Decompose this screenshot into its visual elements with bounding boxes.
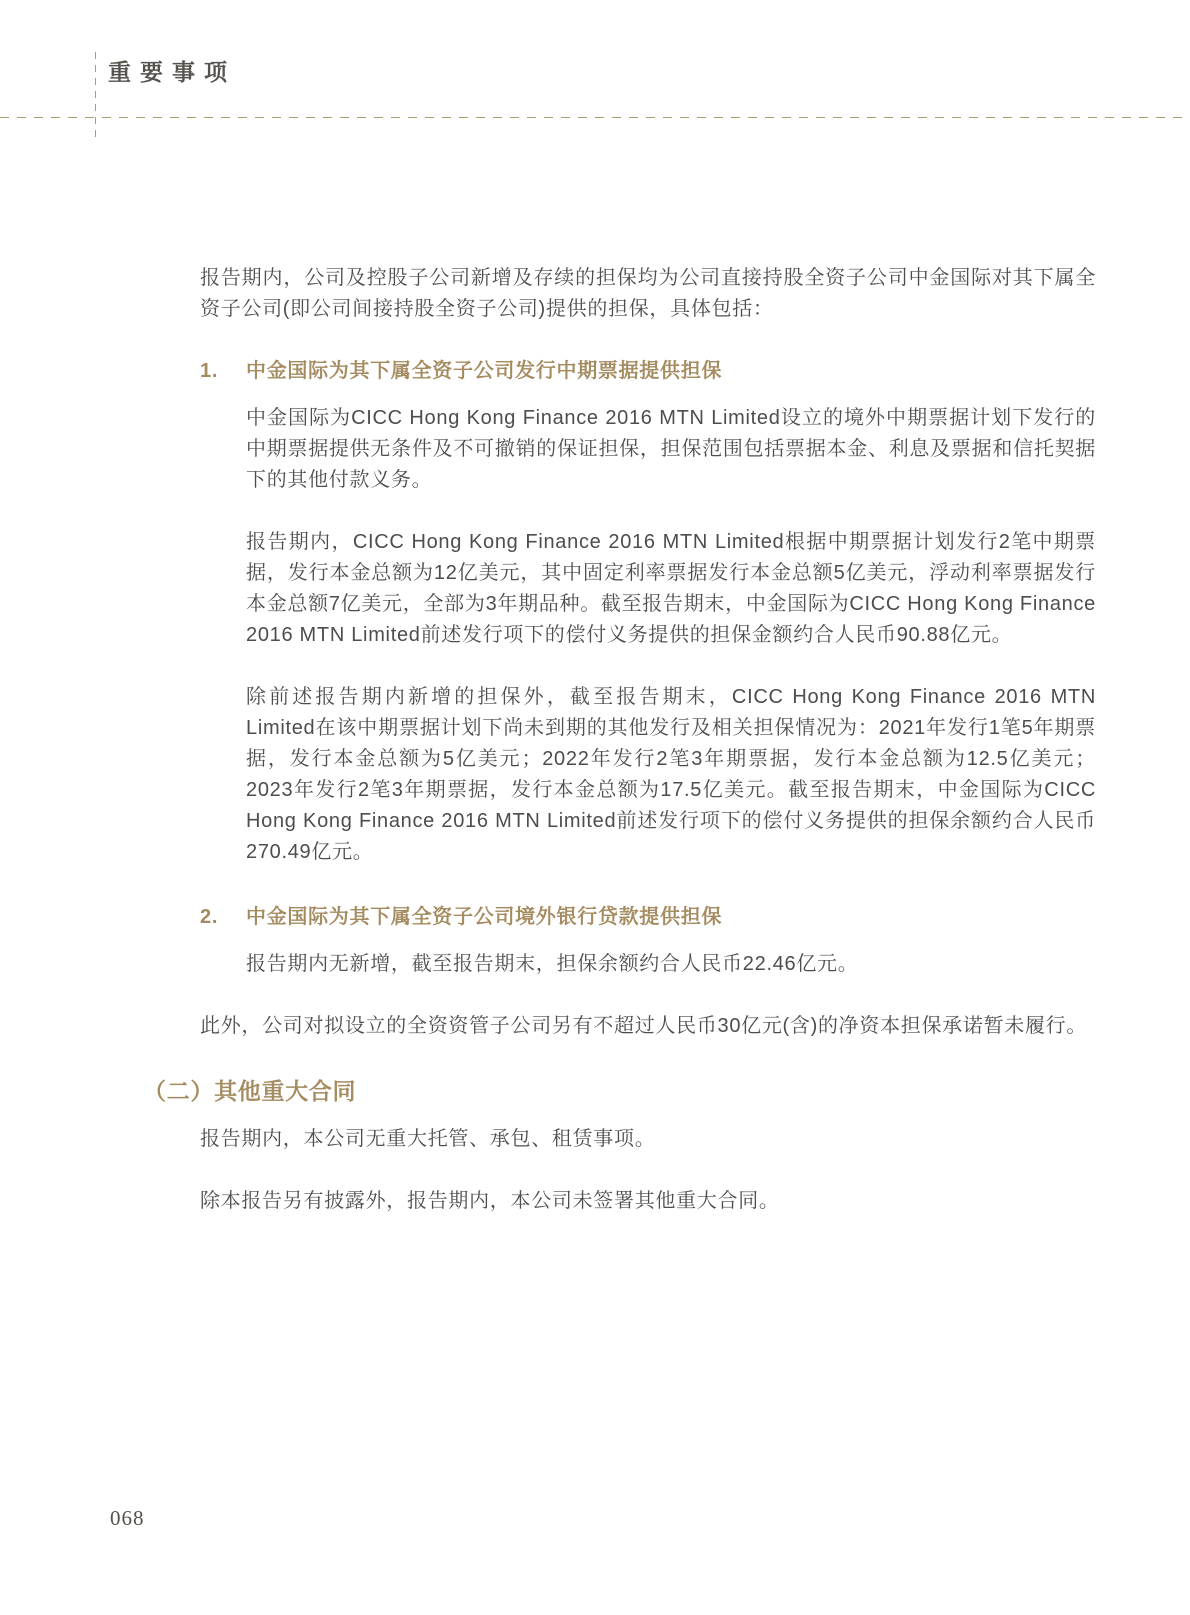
- section-1-number: 1.: [200, 356, 246, 386]
- section-2-paragraph: 报告期内无新增，截至报告期末，担保余额约合人民币22.46亿元。: [246, 949, 1096, 980]
- intro-paragraph: 报告期内，公司及控股子公司新增及存续的担保均为公司直接持股全资子公司中金国际对其…: [200, 263, 1096, 325]
- section-2-title: 中金国际为其下属全资子公司境外银行贷款提供担保: [246, 902, 1096, 932]
- header-vertical-dashed-rule: [95, 52, 96, 138]
- page-header-title: 重要事项: [108, 54, 236, 87]
- main-text-column: 报告期内，公司及控股子公司新增及存续的担保均为公司直接持股全资子公司中金国际对其…: [200, 263, 1096, 1217]
- section-1-heading: 1. 中金国际为其下属全资子公司发行中期票据提供担保: [200, 356, 1096, 386]
- section-1-paragraph: 除前述报告期内新增的担保外，截至报告期末，CICC Hong Kong Fina…: [246, 682, 1096, 868]
- other-contracts-heading-title: 其他重大合同: [214, 1075, 356, 1107]
- section-2-body: 报告期内无新增，截至报告期末，担保余额约合人民币22.46亿元。: [246, 949, 1096, 980]
- other-contracts-heading-label: （二）: [143, 1075, 214, 1107]
- report-page: 重要事项 报告期内，公司及控股子公司新增及存续的担保均为公司直接持股全资子公司中…: [0, 0, 1190, 1615]
- other-contracts-paragraph: 报告期内，本公司无重大托管、承包、租赁事项。: [200, 1124, 1096, 1155]
- section-1-paragraph: 报告期内，CICC Hong Kong Finance 2016 MTN Lim…: [246, 527, 1096, 651]
- other-contracts-paragraph: 除本报告另有披露外，报告期内，本公司未签署其他重大合同。: [200, 1186, 1096, 1217]
- section-2-number: 2.: [200, 902, 246, 932]
- section-1-title: 中金国际为其下属全资子公司发行中期票据提供担保: [246, 356, 1096, 386]
- header-horizontal-dashed-rule: [0, 117, 1190, 118]
- section-2-heading: 2. 中金国际为其下属全资子公司境外银行贷款提供担保: [200, 902, 1096, 932]
- closing-paragraph: 此外，公司对拟设立的全资资管子公司另有不超过人民币30亿元(含)的净资本担保承诺…: [200, 1011, 1096, 1042]
- section-1-paragraph: 中金国际为CICC Hong Kong Finance 2016 MTN Lim…: [246, 403, 1096, 496]
- page-number: 068: [110, 1506, 145, 1531]
- other-contracts-heading: （二） 其他重大合同: [143, 1075, 1096, 1107]
- section-1-body: 中金国际为CICC Hong Kong Finance 2016 MTN Lim…: [246, 403, 1096, 868]
